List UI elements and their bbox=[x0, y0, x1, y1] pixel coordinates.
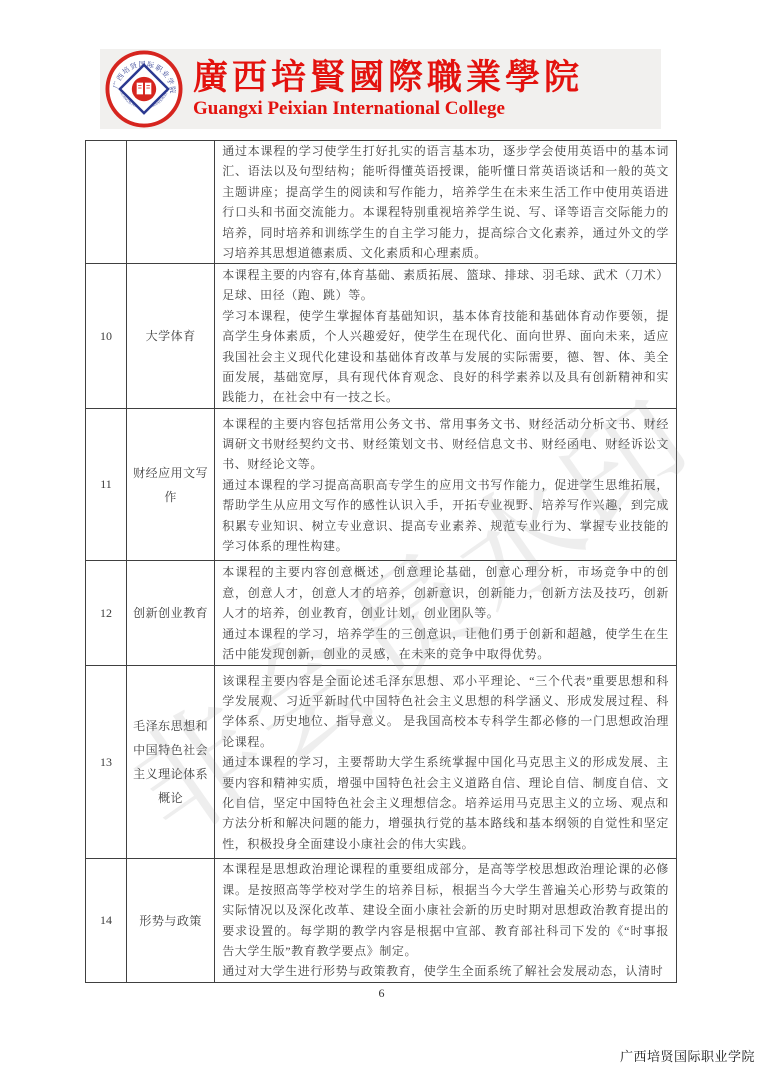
course-name bbox=[127, 141, 215, 264]
college-seal-icon: 广西培贤国际职业学院 GUANGXI PEIXIAN INTERNATIONAL… bbox=[105, 50, 183, 128]
table-row: 12 创新创业教育 本课程的主要内容创意概述，创意理论基础，创意心理分析，市场竞… bbox=[86, 561, 677, 666]
course-name: 创新创业教育 bbox=[127, 561, 215, 666]
description-paragraph: 本课程的主要内容创意概述，创意理论基础，创意心理分析，市场竞争中的创意，创意人才… bbox=[222, 562, 669, 623]
table-row: 11 财经应用文写作 本课程的主要内容包括常用公务文书、常用事务文书、财经活动分… bbox=[86, 409, 677, 561]
course-description: 本课程是思想政治理论课程的重要组成部分，是高等学校思想政治理论课的必修课。是按照… bbox=[215, 859, 677, 982]
description-paragraph: 通过本课程的学习，培养学生的三创意识，让他们勇于创新和超越，使学生在生活中能发现… bbox=[222, 624, 669, 665]
footer-site-label: 广西培贤国际职业学院 bbox=[620, 1046, 755, 1065]
table-row: 通过本课程的学习使学生打好扎实的语言基本功，逐步学会使用英语中的基本词汇、语法以… bbox=[86, 141, 677, 264]
course-number: 10 bbox=[86, 264, 127, 409]
course-description: 本课程的主要内容包括常用公务文书、常用事务文书、财经活动分析文书、财经调研文书财… bbox=[215, 409, 677, 561]
description-paragraph: 通过本课程的学习提高高职高专学生的应用文书写作能力，促进学生思维拓展，帮助学生从… bbox=[222, 475, 669, 557]
course-description: 该课程主要内容是全面论述毛泽东思想、邓小平理论、“三个代表”重要思想和科学发展观… bbox=[215, 666, 677, 859]
course-name: 财经应用文写作 bbox=[127, 409, 215, 561]
description-paragraph: 通过本课程的学习，主要帮助大学生系统掌握中国化马克思主义的形成发展、主要内容和精… bbox=[222, 752, 669, 854]
course-description: 本课程的主要内容创意概述，创意理论基础，创意心理分析，市场竞争中的创意，创意人才… bbox=[215, 561, 677, 666]
description-paragraph: 通过对大学生进行形势与政策教育，使学生全面系统了解社会发展动态，认清时 bbox=[222, 961, 669, 981]
table-row: 10 大学体育 本课程主要的内容有,体育基础、素质拓展、篮球、排球、羽毛球、武术… bbox=[86, 264, 677, 409]
table-row: 13 毛泽东思想和中国特色社会主义理论体系概论 该课程主要内容是全面论述毛泽东思… bbox=[86, 666, 677, 859]
college-logo: 广西培贤国际职业学院 GUANGXI PEIXIAN INTERNATIONAL… bbox=[105, 50, 183, 128]
course-description-table: 通过本课程的学习使学生打好扎实的语言基本功，逐步学会使用英语中的基本词汇、语法以… bbox=[85, 140, 677, 983]
course-name: 大学体育 bbox=[127, 264, 215, 409]
table-row: 14 形势与政策 本课程是思想政治理论课程的重要组成部分，是高等学校思想政治理论… bbox=[86, 859, 677, 982]
course-number: 12 bbox=[86, 561, 127, 666]
college-name-en: Guangxi Peixian International College bbox=[193, 98, 583, 120]
page-number: 6 bbox=[0, 986, 763, 1001]
college-name-zh: 廣西培賢國際職業學院 bbox=[193, 58, 583, 98]
course-number: 11 bbox=[86, 409, 127, 561]
description-paragraph: 本课程的主要内容包括常用公务文书、常用事务文书、财经活动分析文书、财经调研文书财… bbox=[222, 414, 669, 475]
course-description: 本课程主要的内容有,体育基础、素质拓展、篮球、排球、羽毛球、武术（刀术）足球、田… bbox=[215, 264, 677, 409]
logo-center-circle bbox=[132, 77, 156, 101]
course-name: 形势与政策 bbox=[127, 859, 215, 982]
course-number: 13 bbox=[86, 666, 127, 859]
description-paragraph: 学习本课程，使学生掌握体育基础知识，基本体育技能和基础体育动作要领，提高学生身体… bbox=[222, 306, 669, 408]
course-name: 毛泽东思想和中国特色社会主义理论体系概论 bbox=[127, 666, 215, 859]
description-paragraph: 本课程主要的内容有,体育基础、素质拓展、篮球、排球、羽毛球、武术（刀术）足球、田… bbox=[222, 265, 669, 306]
description-paragraph: 通过本课程的学习使学生打好扎实的语言基本功，逐步学会使用英语中的基本词汇、语法以… bbox=[222, 141, 669, 263]
course-description: 通过本课程的学习使学生打好扎实的语言基本功，逐步学会使用英语中的基本词汇、语法以… bbox=[215, 141, 677, 264]
course-number: 14 bbox=[86, 859, 127, 982]
description-paragraph: 本课程是思想政治理论课程的重要组成部分，是高等学校思想政治理论课的必修课。是按照… bbox=[222, 859, 669, 961]
description-paragraph: 该课程主要内容是全面论述毛泽东思想、邓小平理论、“三个代表”重要思想和科学发展观… bbox=[222, 671, 669, 753]
course-number bbox=[86, 141, 127, 264]
college-header: 广西培贤国际职业学院 GUANGXI PEIXIAN INTERNATIONAL… bbox=[100, 49, 661, 129]
